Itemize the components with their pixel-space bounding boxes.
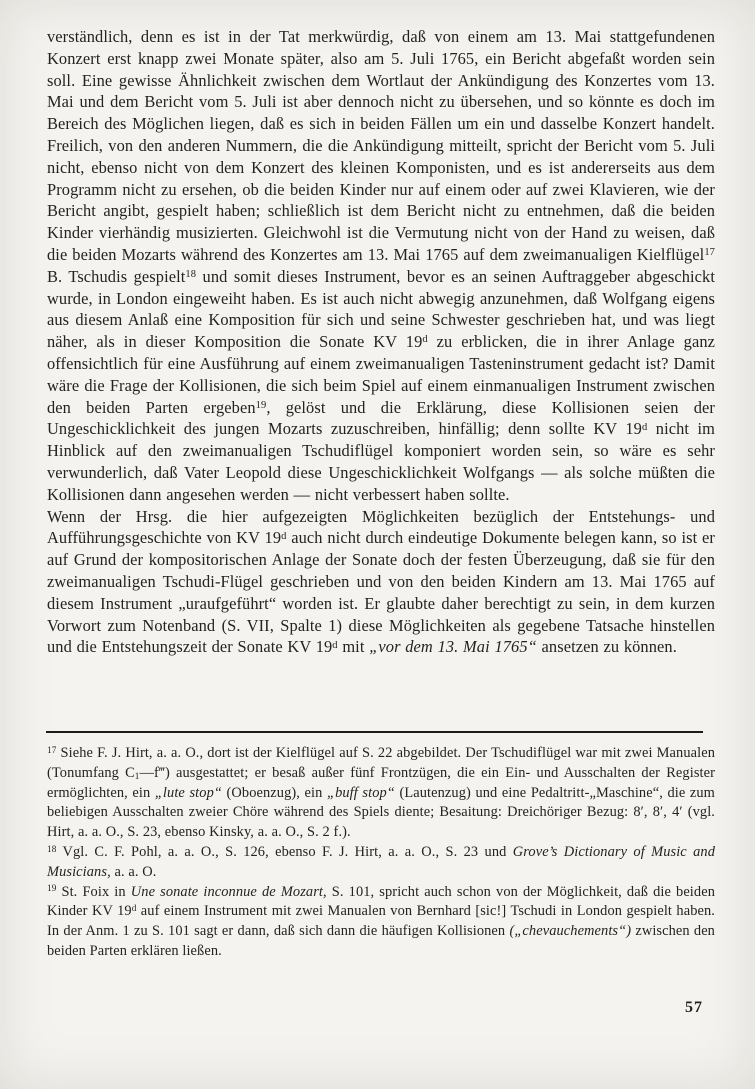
footnote-17: 17 Siehe F. J. Hirt, a. a. O., dort ist … [47, 744, 715, 843]
footnotes-block: 17 Siehe F. J. Hirt, a. a. O., dort ist … [47, 744, 715, 962]
footnote-19: 19 St. Foix in Une sonate inconnue de Mo… [47, 883, 715, 962]
footnote-separator-rule [46, 731, 703, 733]
body-paragraph-1: verständlich, denn es ist in der Tat mer… [47, 26, 715, 506]
footnote-18: 18 Vgl. C. F. Pohl, a. a. O., S. 126, eb… [47, 843, 715, 883]
main-text-block: verständlich, denn es ist in der Tat mer… [47, 26, 715, 658]
page-number: 57 [47, 999, 703, 1017]
body-paragraph-2: Wenn der Hrsg. die hier aufgezeigten Mög… [47, 506, 715, 659]
book-page: verständlich, denn es ist in der Tat mer… [0, 0, 755, 1089]
